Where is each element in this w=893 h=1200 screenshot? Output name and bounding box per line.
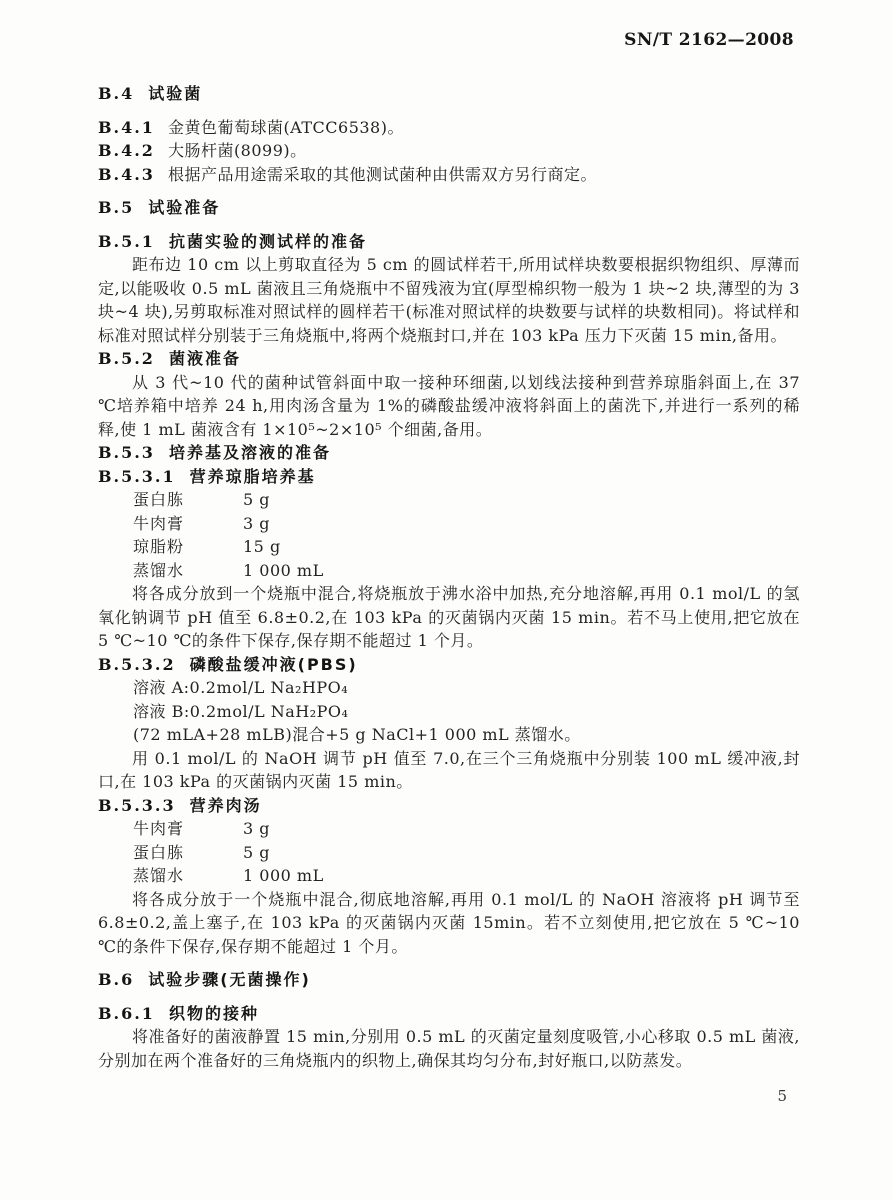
clause-title: 试验准备 (148, 198, 220, 217)
clause-number: B.5.3 (98, 443, 155, 462)
ingredient-name: 牛肉膏 (133, 512, 243, 536)
ingredient-row: 琼脂粉15 g (98, 535, 800, 559)
ingredient-row: 蛋白胨5 g (98, 488, 800, 512)
clause-number: B.4.3 (98, 165, 155, 184)
clause-number: B.5.3.1 (98, 467, 176, 486)
clause-number: B.4.1 (98, 118, 155, 137)
clause-number: B.4 (98, 84, 134, 103)
mixture-formula-line: (72 mLA+28 mLB)混合+5 g NaCl+1 000 mL 蒸馏水。 (98, 723, 800, 747)
ingredient-amount: 1 000 mL (243, 561, 324, 580)
ingredient-amount: 1 000 mL (243, 866, 324, 885)
clause-number: B.6 (98, 970, 134, 989)
solution-a-line: 溶液 A:0.2mol/L Na₂HPO₄ (98, 676, 800, 700)
clause-title: 营养肉汤 (190, 796, 262, 815)
clause-text: 金黄色葡萄球菌(ATCC6538)。 (168, 118, 404, 137)
clause-title: 培养基及溶液的准备 (169, 443, 331, 462)
paragraph: 从 3 代~10 代的菌种试管斜面中取一接种环细菌,以划线法接种到营养琼脂斜面上… (98, 371, 800, 442)
clause-title: 织物的接种 (169, 1004, 259, 1023)
ingredient-row: 蛋白胨5 g (98, 841, 800, 865)
paragraph: 将各成分放到一个烧瓶中混合,将烧瓶放于沸水浴中加热,充分地溶解,再用 0.1 m… (98, 582, 800, 653)
clause-b4-1: B.4.1金黄色葡萄球菌(ATCC6538)。 (98, 116, 800, 140)
ingredient-amount: 3 g (243, 514, 270, 533)
paragraph: 用 0.1 mol/L 的 NaOH 调节 pH 值至 7.0,在三个三角烧瓶中… (98, 747, 800, 794)
solution-b-line: 溶液 B:0.2mol/L NaH₂PO₄ (98, 700, 800, 724)
clause-b4-3: B.4.3根据产品用途需采取的其他测试菌种由供需双方另行商定。 (98, 163, 800, 187)
ingredient-amount: 15 g (243, 537, 281, 556)
ingredient-list-broth: 牛肉膏3 g 蛋白胨5 g 蒸馏水1 000 mL (98, 817, 800, 888)
section-heading-b5: B.5试验准备 (98, 196, 800, 220)
paragraph: 将各成分放于一个烧瓶中混合,彻底地溶解,再用 0.1 mol/L 的 NaOH … (98, 888, 800, 959)
paragraph: 距布边 10 cm 以上剪取直径为 5 cm 的圆试样若干,所用试样块数要根据织… (98, 253, 800, 347)
ingredient-name: 牛肉膏 (133, 817, 243, 841)
standard-code: SN/T 2162—2008 (624, 30, 794, 50)
ingredient-amount: 5 g (243, 843, 270, 862)
solution-lines: 溶液 A:0.2mol/L Na₂HPO₄ 溶液 B:0.2mol/L NaH₂… (98, 676, 800, 747)
ingredient-name: 蒸馏水 (133, 864, 243, 888)
subsection-heading-b6-1: B.6.1织物的接种 (98, 1002, 800, 1026)
subsection-heading-b5-3-3: B.5.3.3营养肉汤 (98, 794, 800, 818)
clause-text: 根据产品用途需采取的其他测试菌种由供需双方另行商定。 (168, 165, 597, 184)
ingredient-list-agar: 蛋白胨5 g 牛肉膏3 g 琼脂粉15 g 蒸馏水1 000 mL (98, 488, 800, 582)
clause-number: B.4.2 (98, 141, 155, 160)
subsection-heading-b5-1: B.5.1抗菌实验的测试样的准备 (98, 230, 800, 254)
clause-number: B.5.1 (98, 232, 155, 251)
subsection-heading-b5-3: B.5.3培养基及溶液的准备 (98, 441, 800, 465)
clause-number: B.5.3.2 (98, 655, 176, 674)
clause-title: 磷酸盐缓冲液(PBS) (190, 655, 358, 674)
ingredient-row: 蒸馏水1 000 mL (98, 864, 800, 888)
ingredient-amount: 3 g (243, 819, 270, 838)
ingredient-name: 蛋白胨 (133, 841, 243, 865)
section-heading-b6: B.6试验步骤(无菌操作) (98, 968, 800, 992)
ingredient-row: 牛肉膏3 g (98, 817, 800, 841)
clause-number: B.5.3.3 (98, 796, 176, 815)
clause-title: 抗菌实验的测试样的准备 (169, 232, 367, 251)
ingredient-name: 琼脂粉 (133, 535, 243, 559)
section-heading-b4: B.4试验菌 (98, 82, 800, 106)
ingredient-row: 牛肉膏3 g (98, 512, 800, 536)
subsection-heading-b5-3-2: B.5.3.2磷酸盐缓冲液(PBS) (98, 653, 800, 677)
clause-number: B.5 (98, 198, 134, 217)
clause-number: B.6.1 (98, 1004, 155, 1023)
document-page: SN/T 2162—2008 B.4试验菌 B.4.1金黄色葡萄球菌(ATCC6… (0, 0, 893, 1200)
subsection-heading-b5-3-1: B.5.3.1营养琼脂培养基 (98, 465, 800, 489)
ingredient-row: 蒸馏水1 000 mL (98, 559, 800, 583)
ingredient-name: 蒸馏水 (133, 559, 243, 583)
ingredient-amount: 5 g (243, 490, 270, 509)
subsection-heading-b5-2: B.5.2菌液准备 (98, 347, 800, 371)
clause-title: 试验菌 (148, 84, 202, 103)
page-header: SN/T 2162—2008 (98, 28, 800, 52)
clause-number: B.5.2 (98, 349, 155, 368)
clause-title: 营养琼脂培养基 (190, 467, 316, 486)
clause-text: 大肠杆菌(8099)。 (168, 141, 307, 160)
paragraph: 将准备好的菌液静置 15 min,分别用 0.5 mL 的灭菌定量刻度吸管,小心… (98, 1025, 800, 1072)
document-content: B.4试验菌 B.4.1金黄色葡萄球菌(ATCC6538)。 B.4.2大肠杆菌… (98, 82, 800, 1072)
clause-b4-2: B.4.2大肠杆菌(8099)。 (98, 139, 800, 163)
clause-title: 试验步骤(无菌操作) (148, 970, 311, 989)
clause-title: 菌液准备 (169, 349, 241, 368)
page-number: 5 (777, 1085, 787, 1109)
ingredient-name: 蛋白胨 (133, 488, 243, 512)
